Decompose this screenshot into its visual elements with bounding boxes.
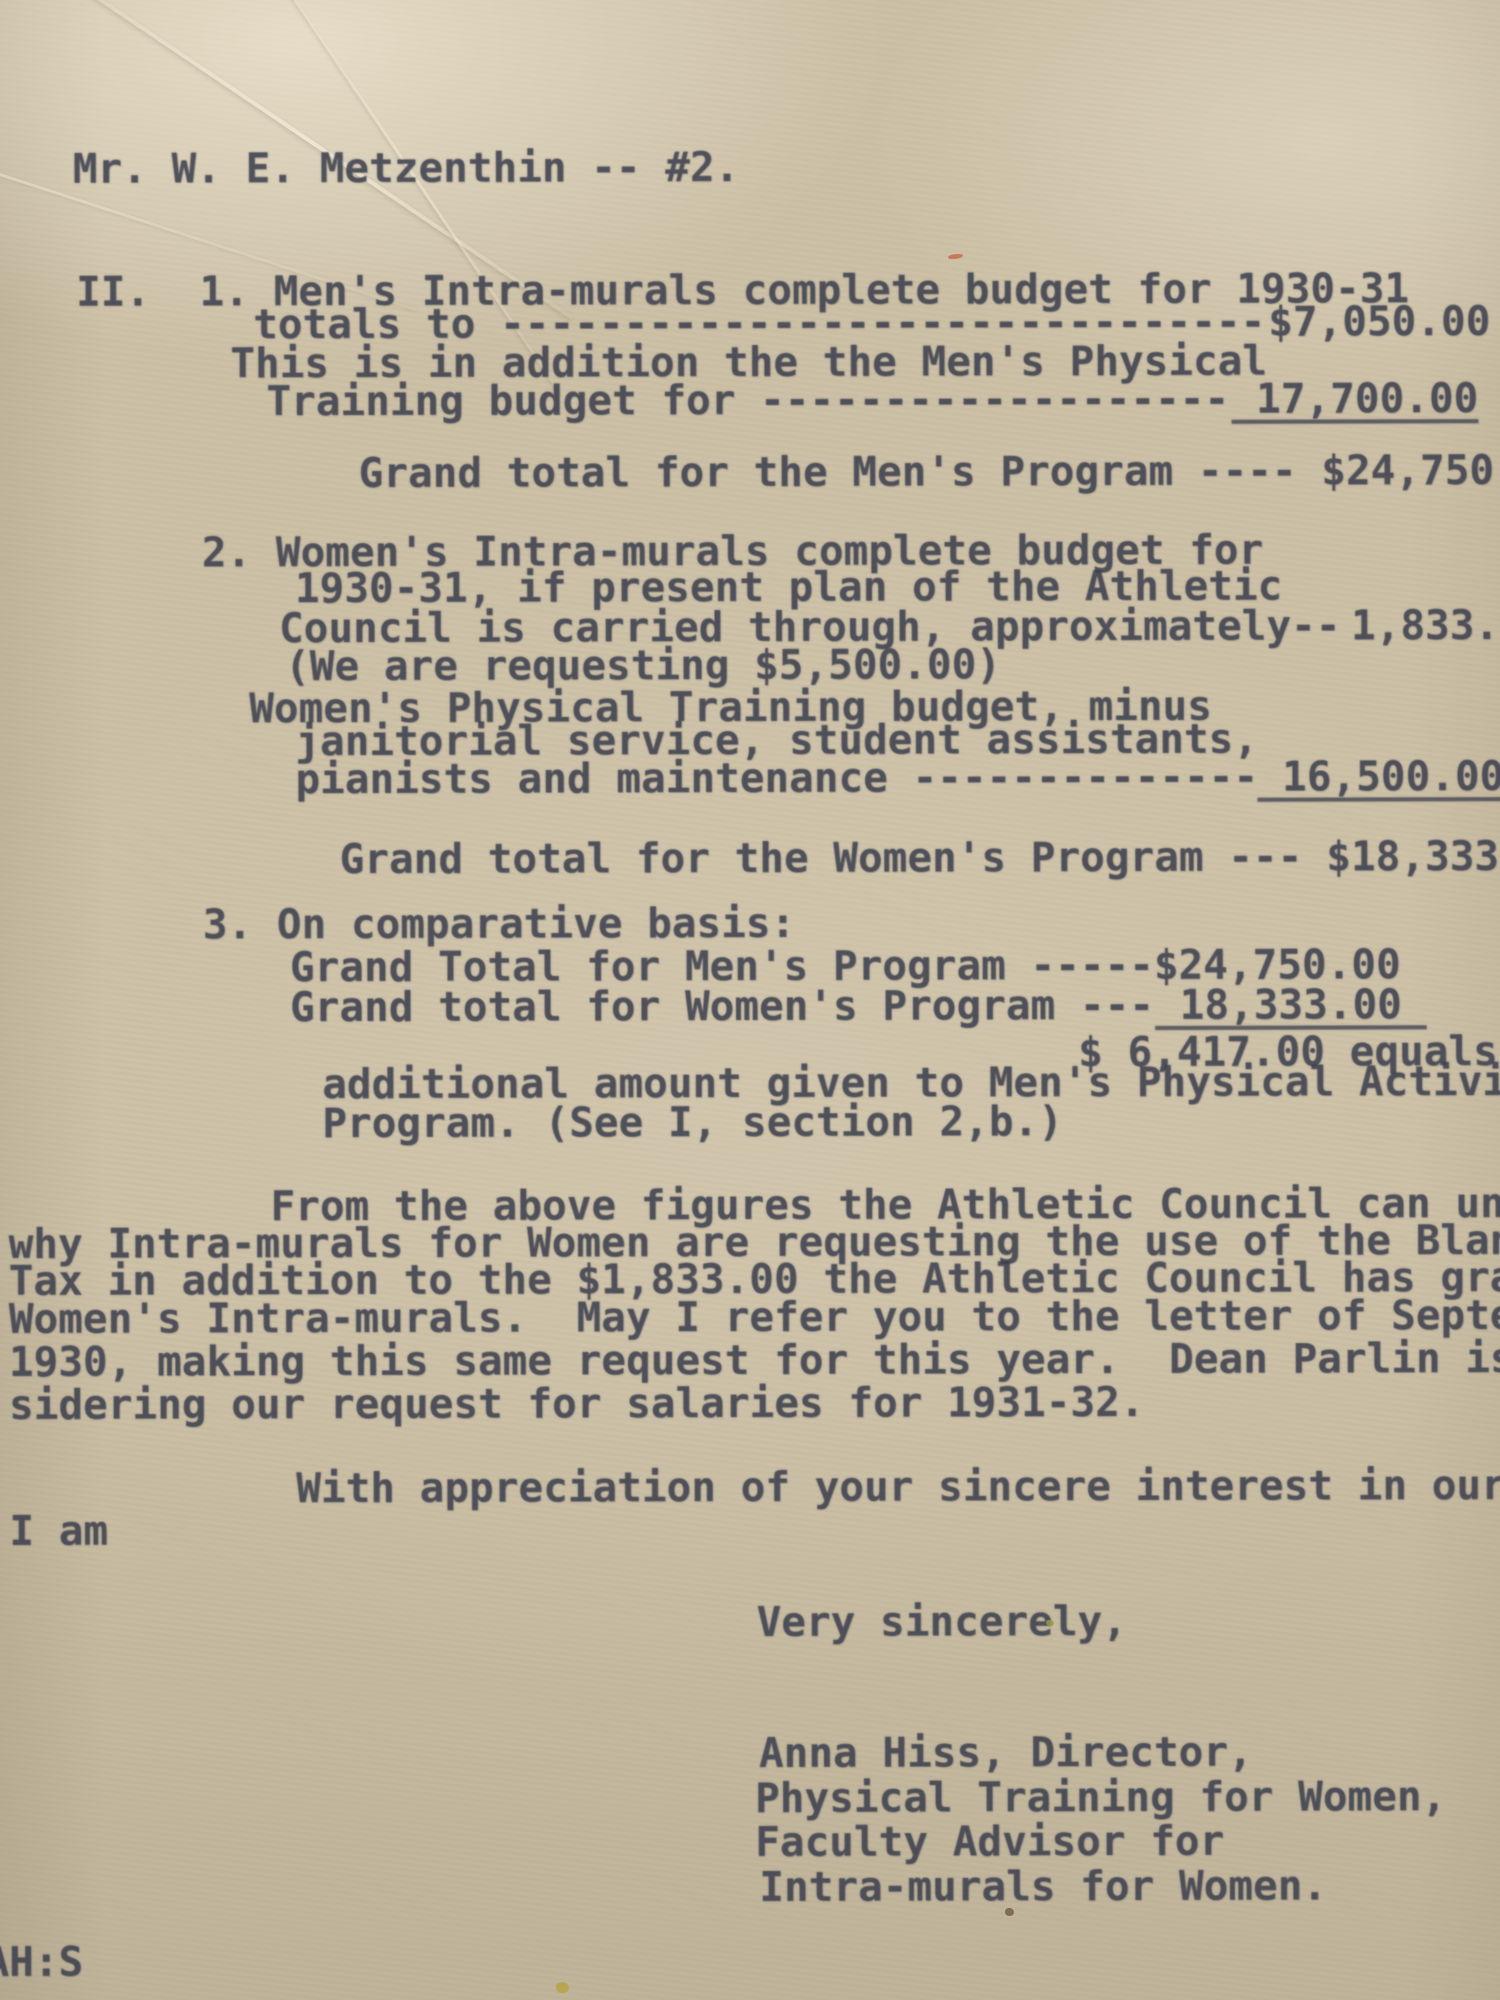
typed-text: Very sincerely, bbox=[757, 1601, 1127, 1643]
typewritten-text-layer: Mr. W. E. Metzenthin -- #2.II. 1. Men's … bbox=[0, 0, 1500, 2000]
typed-text: sidering our request for salaries for 19… bbox=[9, 1382, 1145, 1426]
typed-line: Very sincerely, bbox=[2, 1600, 1500, 1654]
typed-text: Grand total for the Men's Program ---- bbox=[359, 451, 1297, 494]
typed-text: I am bbox=[9, 1511, 108, 1552]
typed-text: $7,050.00 bbox=[1268, 301, 1490, 343]
typed-text: Anna Hiss, Director, bbox=[759, 1732, 1253, 1774]
typed-line: Grand total for the Men's Program ---- $… bbox=[0, 450, 1499, 504]
typed-text: AH:S bbox=[0, 1942, 83, 1983]
typed-text: Physical Training for Women, bbox=[755, 1776, 1446, 1819]
typed-text: Grand total for Women's Program --- bbox=[290, 985, 1154, 1028]
typed-text: Mr. W. E. Metzenthin -- #2. bbox=[73, 147, 740, 190]
typed-text: Intra-murals for Women. bbox=[759, 1865, 1327, 1907]
typed-text: (We are requesting $5,500.00) bbox=[285, 644, 1001, 687]
typed-text: Faculty Advisor for bbox=[755, 1821, 1224, 1863]
typed-text: $18,333.00 bbox=[1302, 836, 1500, 878]
typed-text: $24,750.00 bbox=[1297, 450, 1500, 492]
typed-line: AH:S bbox=[2, 1938, 1500, 1992]
typed-text: With appreciation of your sincere intere… bbox=[296, 1465, 1500, 1510]
typed-line: I am bbox=[1, 1507, 1500, 1561]
typed-line: Mr. W. E. Metzenthin -- #2. bbox=[0, 145, 1498, 199]
typed-line: Training budget for ------------------- … bbox=[0, 378, 1499, 432]
typed-text: Grand total for the Women's Program --- bbox=[340, 837, 1303, 881]
typed-amount-underlined: 17,700.00 bbox=[1231, 378, 1478, 420]
typed-text: 3. On comparative basis: bbox=[203, 903, 796, 946]
typed-text: 1930, making this same request for this … bbox=[9, 1338, 1500, 1383]
typed-line: sidering our request for salaries for 19… bbox=[1, 1381, 1500, 1435]
letter-page: Mr. W. E. Metzenthin -- #2.II. 1. Men's … bbox=[0, 0, 1500, 2000]
typed-line: Intra-murals for Women. bbox=[2, 1865, 1500, 1919]
typed-text: pianists and maintenance -------------- bbox=[295, 757, 1258, 801]
typed-text: Women's Intra-murals. May I refer you to… bbox=[9, 1295, 1500, 1340]
typed-text: Training budget for ------------------- bbox=[266, 379, 1229, 423]
typed-line: pianists and maintenance -------------- … bbox=[0, 756, 1499, 810]
typed-amount-underlined: 18,333.00 bbox=[1155, 984, 1427, 1026]
typed-line: Program. (See I, section 2,b.) bbox=[0, 1100, 1500, 1154]
typed-amount-underlined: 16,500.00 bbox=[1257, 756, 1500, 798]
typed-line: Grand total for the Women's Program --- … bbox=[0, 836, 1500, 890]
typed-text: Program. (See I, section 2,b.) bbox=[322, 1101, 1063, 1144]
typed-text: 1,833.00 bbox=[1351, 605, 1500, 647]
